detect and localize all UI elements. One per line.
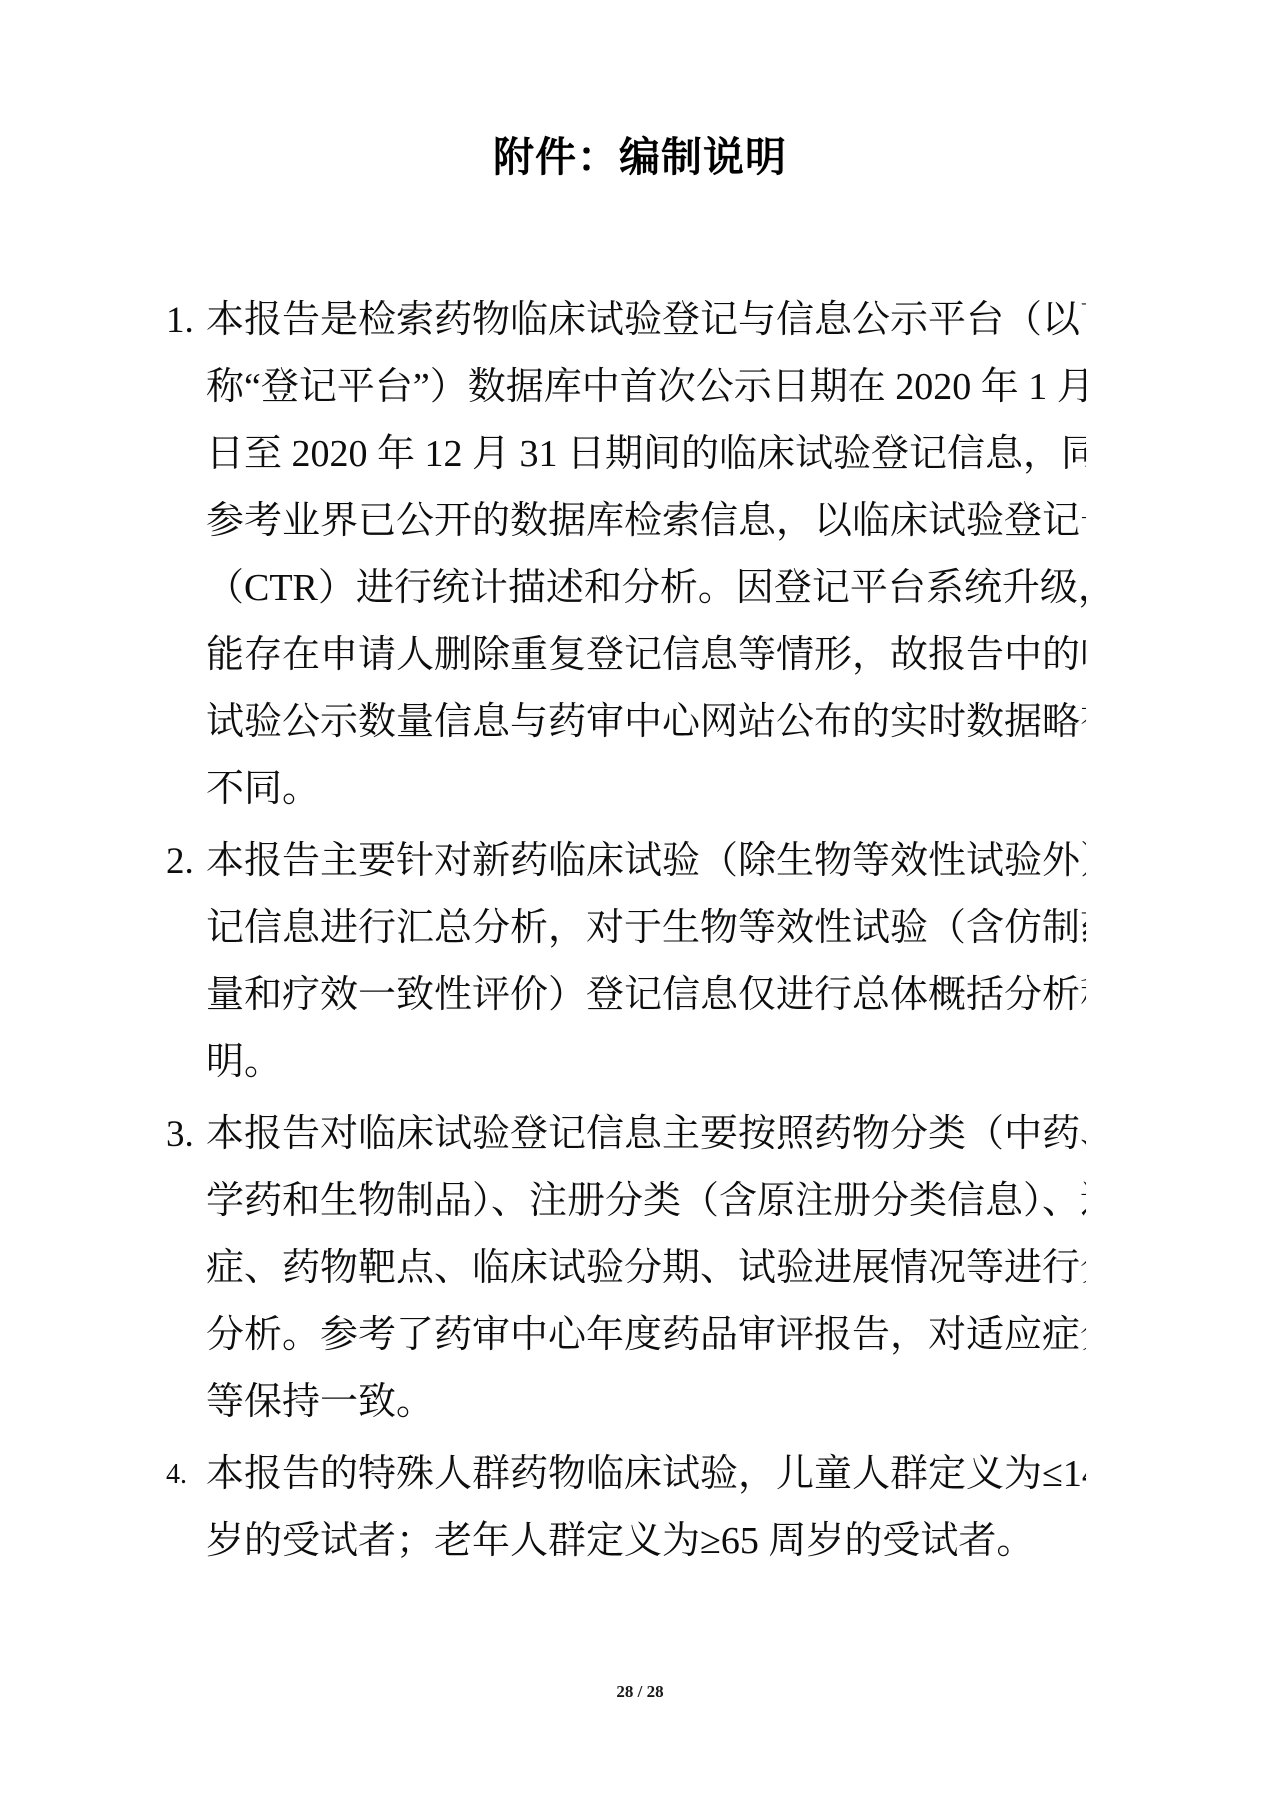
body-line: 记信息进行汇总分析，对于生物等效性试验（含仿制药质 <box>206 895 1086 962</box>
item-text: 本报告的特殊人群药物临床试验，儿童人群定义为≤14 周 岁的受试者；老年人群定义… <box>206 1441 1086 1575</box>
body-line: 不同。 <box>206 756 1086 823</box>
body-line: 明。 <box>206 1029 1086 1096</box>
item-number: 2. <box>166 828 206 895</box>
body-line: 参考业界已公开的数据库检索信息，以临床试验登记号 <box>206 488 1086 555</box>
numbered-list: 1. 本报告是检索药物临床试验登记与信息公示平台（以下简 称“登记平台”）数据库… <box>166 287 1086 1575</box>
body-line: 学药和生物制品）、注册分类（含原注册分类信息）、适应 <box>206 1168 1086 1235</box>
body-line: 能存在申请人删除重复登记信息等情形，故报告中的临床 <box>206 622 1086 689</box>
list-item-3: 3. 本报告对临床试验登记信息主要按照药物分类（中药、化 学药和生物制品）、注册… <box>166 1101 1086 1436</box>
body-line: （CTR）进行统计描述和分析。因登记平台系统升级，可 <box>206 555 1086 622</box>
body-line: 本报告是检索药物临床试验登记与信息公示平台（以下简 <box>206 287 1086 354</box>
item-number: 4. <box>166 1441 206 1508</box>
page-title: 附件：编制说明 <box>0 0 1280 183</box>
body-line: 称“登记平台”）数据库中首次公示日期在 2020 年 1 月 1 <box>206 354 1086 421</box>
body-line: 量和疗效一致性评价）登记信息仅进行总体概括分析和说 <box>206 962 1086 1029</box>
body-line: 分析。参考了药审中心年度药品审评报告，对适应症分类 <box>206 1302 1086 1369</box>
item-text: 本报告是检索药物临床试验登记与信息公示平台（以下简 称“登记平台”）数据库中首次… <box>206 287 1086 823</box>
item-number: 1. <box>166 287 206 354</box>
body-line: 本报告主要针对新药临床试验（除生物等效性试验外）登 <box>206 828 1086 895</box>
body-line: 等保持一致。 <box>206 1369 1086 1436</box>
body-line: 本报告对临床试验登记信息主要按照药物分类（中药、化 <box>206 1101 1086 1168</box>
item-text: 本报告主要针对新药临床试验（除生物等效性试验外）登 记信息进行汇总分析，对于生物… <box>206 828 1086 1096</box>
body-line: 岁的受试者；老年人群定义为≥65 周岁的受试者。 <box>206 1508 1086 1575</box>
list-item-4: 4. 本报告的特殊人群药物临床试验，儿童人群定义为≤14 周 岁的受试者；老年人… <box>166 1441 1086 1575</box>
item-text: 本报告对临床试验登记信息主要按照药物分类（中药、化 学药和生物制品）、注册分类（… <box>206 1101 1086 1436</box>
page-number-footer: 28 / 28 <box>0 1682 1280 1702</box>
body-line: 试验公示数量信息与药审中心网站公布的实时数据略有 <box>206 689 1086 756</box>
list-item-2: 2. 本报告主要针对新药临床试验（除生物等效性试验外）登 记信息进行汇总分析，对… <box>166 828 1086 1096</box>
item-number: 3. <box>166 1101 206 1168</box>
body-line: 症、药物靶点、临床试验分期、试验进展情况等进行分类 <box>206 1235 1086 1302</box>
body-line: 日至 2020 年 12 月 31 日期间的临床试验登记信息，同时 <box>206 421 1086 488</box>
document-page: 附件：编制说明 1. 本报告是检索药物临床试验登记与信息公示平台（以下简 称“登… <box>0 0 1280 1810</box>
list-item-1: 1. 本报告是检索药物临床试验登记与信息公示平台（以下简 称“登记平台”）数据库… <box>166 287 1086 823</box>
body-line: 本报告的特殊人群药物临床试验，儿童人群定义为≤14 周 <box>206 1441 1086 1508</box>
